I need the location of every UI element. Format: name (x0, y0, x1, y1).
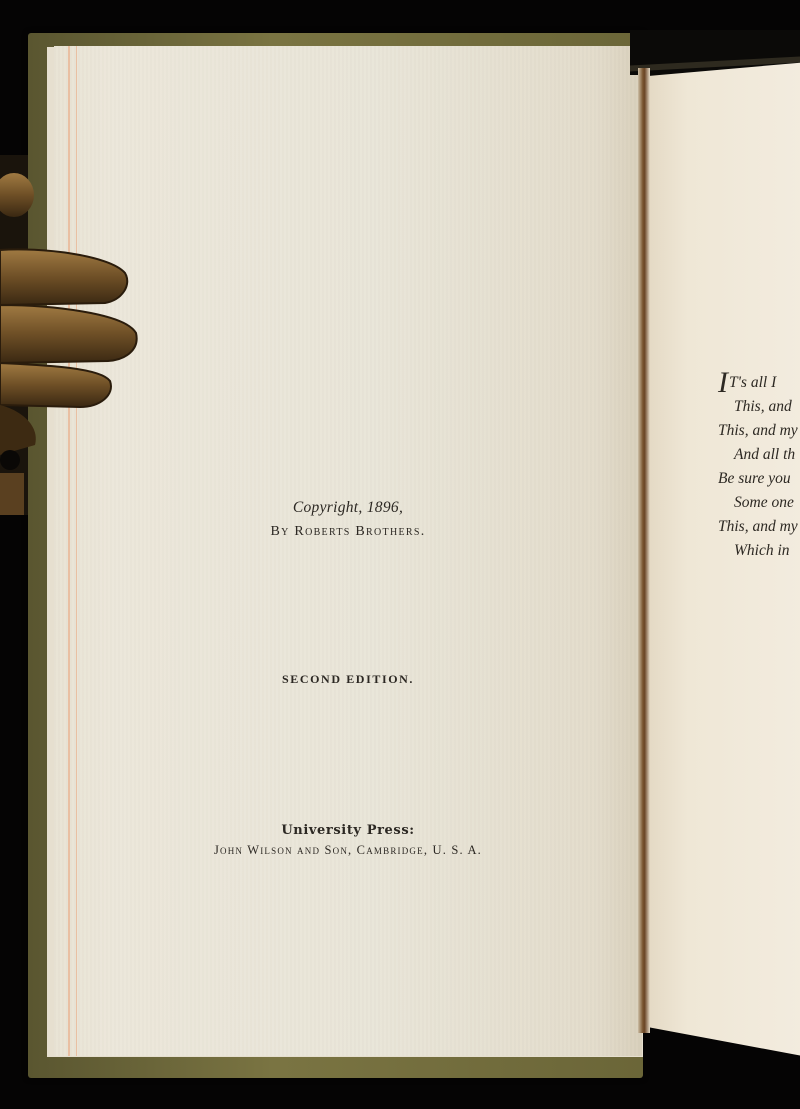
poem-line: This, and my (718, 419, 800, 443)
poem-line-text: T's all I (729, 374, 776, 391)
printer-text: John Wilson and Son, Cambridge, U. S. A. (54, 843, 642, 858)
poem-line: This, and (718, 395, 800, 419)
book-photo: Copyright, 1896, By Roberts Brothers. SE… (0, 0, 800, 1109)
drop-cap: I (718, 366, 728, 399)
book-gutter (638, 68, 650, 1033)
publisher-name: By Roberts Brothers. (270, 524, 425, 540)
copyright-year: Copyright, 1896, (293, 499, 403, 517)
poem-line: Some one (718, 491, 800, 515)
poem-line: This, and my (718, 515, 800, 539)
printer-name: John Wilson and Son, Cambridge, U. S. A. (214, 843, 482, 858)
poem-line: Which in (718, 539, 800, 563)
poem-line: And all th (718, 443, 800, 467)
edition-label: SECOND EDITION. (282, 672, 414, 687)
edition-text: SECOND EDITION. (54, 672, 642, 687)
brass-hand-bookstand-icon (0, 155, 140, 515)
copyright-page: Copyright, 1896, By Roberts Brothers. SE… (54, 46, 642, 1056)
press-name: University Press: (281, 823, 414, 838)
press-text: University Press: (54, 823, 642, 838)
copyright-text: Copyright, 1896, (54, 499, 642, 517)
poem-line: Be sure you (718, 467, 800, 491)
poem-line: IT's all I (718, 371, 800, 395)
publisher-text: By Roberts Brothers. (54, 524, 642, 540)
poem-text: IT's all I This, and This, and my And al… (718, 371, 800, 563)
paper-texture (54, 46, 642, 1056)
